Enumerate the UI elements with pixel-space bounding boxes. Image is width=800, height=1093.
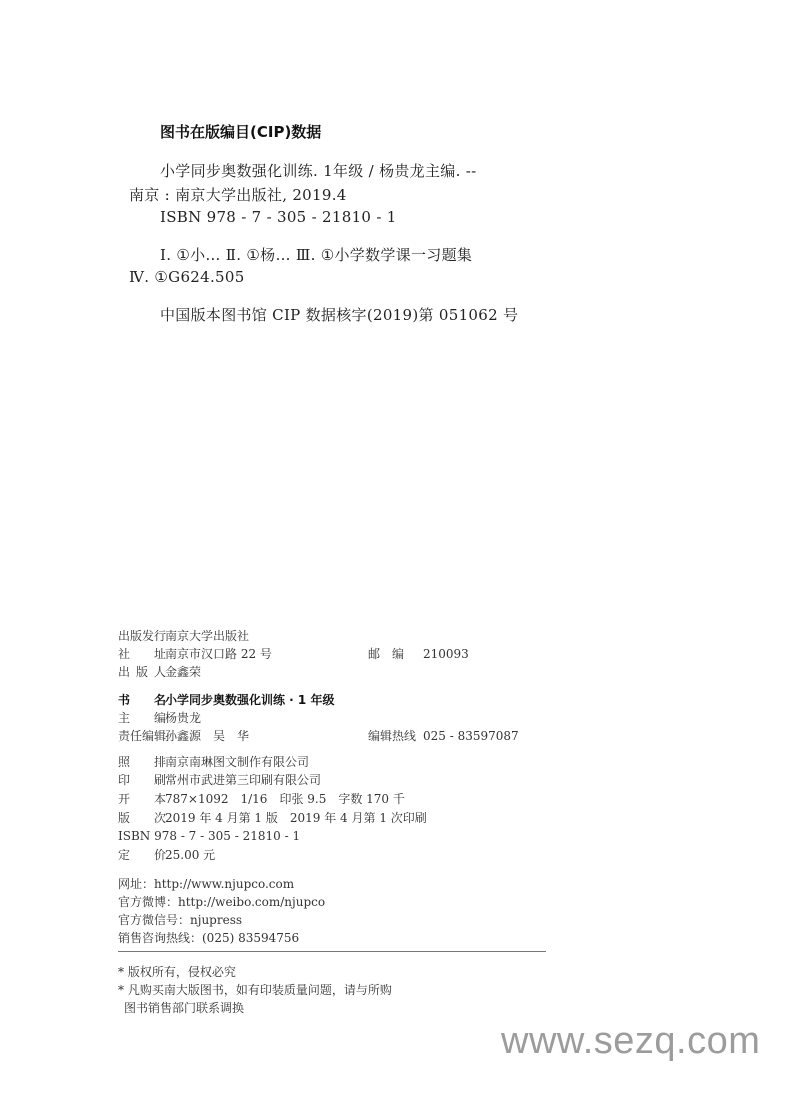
imprint-value: 小学同步奥数强化训练 · 1 年级 <box>165 691 334 709</box>
imprint-value: 2019 年 4 月第 1 版 2019 年 4 月第 1 次印刷 <box>165 809 427 827</box>
imprint-label: 印 刷 <box>118 771 166 789</box>
imprint-value: 南京大学出版社 <box>165 627 249 645</box>
imprint-label: 照 排 <box>118 753 166 771</box>
imprint-value: 孙鑫源 吴 华 <box>165 727 249 745</box>
imprint-chief-editor: 主 编 杨贵龙 <box>118 709 166 727</box>
imprint-isbn: ISBN 978 - 7 - 305 - 21810 - 1 <box>118 827 300 845</box>
cip-line-subjects: Ⅰ. ①小… Ⅱ. ①杨… Ⅲ. ①小学数学课一习题集 <box>160 244 472 265</box>
imprint-typesetting: 照 排 南京南琳图文制作有限公司 <box>118 753 166 771</box>
watermark: www.sezq.com <box>501 1020 760 1063</box>
imprint-label: 定 价 <box>118 846 166 864</box>
cip-line-classification: Ⅳ. ①G624.505 <box>129 268 245 286</box>
imprint-label: 出版发行 <box>118 627 166 645</box>
imprint-edition: 版 次 2019 年 4 月第 1 版 2019 年 4 月第 1 次印刷 <box>118 809 166 827</box>
imprint-label: 社 址 <box>118 645 166 663</box>
imprint-address: 社 址 南京市汉口路 22 号 邮 编 210093 <box>118 645 166 663</box>
contact-website: 网址：http://www.njupco.com <box>118 875 294 892</box>
imprint-label: 书 名 <box>118 691 166 709</box>
imprint-responsible-editor: 责任编辑 孙鑫源 吴 华 编辑热线 025 - 83597087 <box>118 727 166 745</box>
contact-weibo: 官方微博：http://weibo.com/njupco <box>118 893 325 910</box>
imprint-label: 主 编 <box>118 709 166 727</box>
postcode-label: 邮 编 <box>368 645 404 663</box>
imprint-value: 常州市武进第三印刷有限公司 <box>165 771 321 789</box>
imprint-value: 南京南琳图文制作有限公司 <box>165 753 309 771</box>
imprint-value: 杨贵龙 <box>165 709 201 727</box>
cip-line-title: 小学同步奥数强化训练. 1年级 / 杨贵龙主编. -- <box>160 160 476 181</box>
imprint-value: 南京市汉口路 22 号 <box>165 645 272 663</box>
imprint-printing: 印 刷 常州市武进第三印刷有限公司 <box>118 771 166 789</box>
contact-wechat: 官方微信号：njupress <box>118 911 242 928</box>
divider-rule <box>118 951 546 952</box>
note-copyright: * 版权所有，侵权必究 <box>118 963 236 980</box>
imprint-book-title: 书 名 小学同步奥数强化训练 · 1 年级 <box>118 691 166 709</box>
imprint-value: 金鑫荣 <box>165 663 201 681</box>
imprint-publisher: 出版发行 南京大学出版社 <box>118 627 166 645</box>
imprint-value: 787×1092 1/16 印张 9.5 字数 170 千 <box>165 790 405 808</box>
editor-hotline-label: 编辑热线 <box>368 727 416 745</box>
note-return-line1: * 凡购买南大版图书，如有印装质量问题，请与所购 <box>118 981 392 998</box>
postcode-value: 210093 <box>423 645 469 663</box>
editor-hotline-value: 025 - 83597087 <box>423 727 519 745</box>
cip-line-isbn: ISBN 978 - 7 - 305 - 21810 - 1 <box>160 208 397 226</box>
imprint-value: 25.00 元 <box>165 846 215 864</box>
imprint-label: 出 版 人 <box>118 663 166 681</box>
cip-title: 图书在版编目(CIP)数据 <box>160 121 321 142</box>
imprint-label: 开 本 <box>118 790 166 808</box>
imprint-format: 开 本 787×1092 1/16 印张 9.5 字数 170 千 <box>118 790 166 808</box>
imprint-label: 责任编辑 <box>118 727 166 745</box>
cip-line-publisher: 南京 : 南京大学出版社, 2019.4 <box>129 184 347 205</box>
cip-line-record-number: 中国版本图书馆 CIP 数据核字(2019)第 051062 号 <box>160 304 518 325</box>
note-return-line2: 图书销售部门联系调换 <box>124 999 244 1016</box>
imprint-publisher-person: 出 版 人 金鑫荣 <box>118 663 166 681</box>
imprint-price: 定 价 25.00 元 <box>118 846 166 864</box>
imprint-label: 版 次 <box>118 809 166 827</box>
contact-sales-hotline: 销售咨询热线：(025) 83594756 <box>118 929 299 946</box>
